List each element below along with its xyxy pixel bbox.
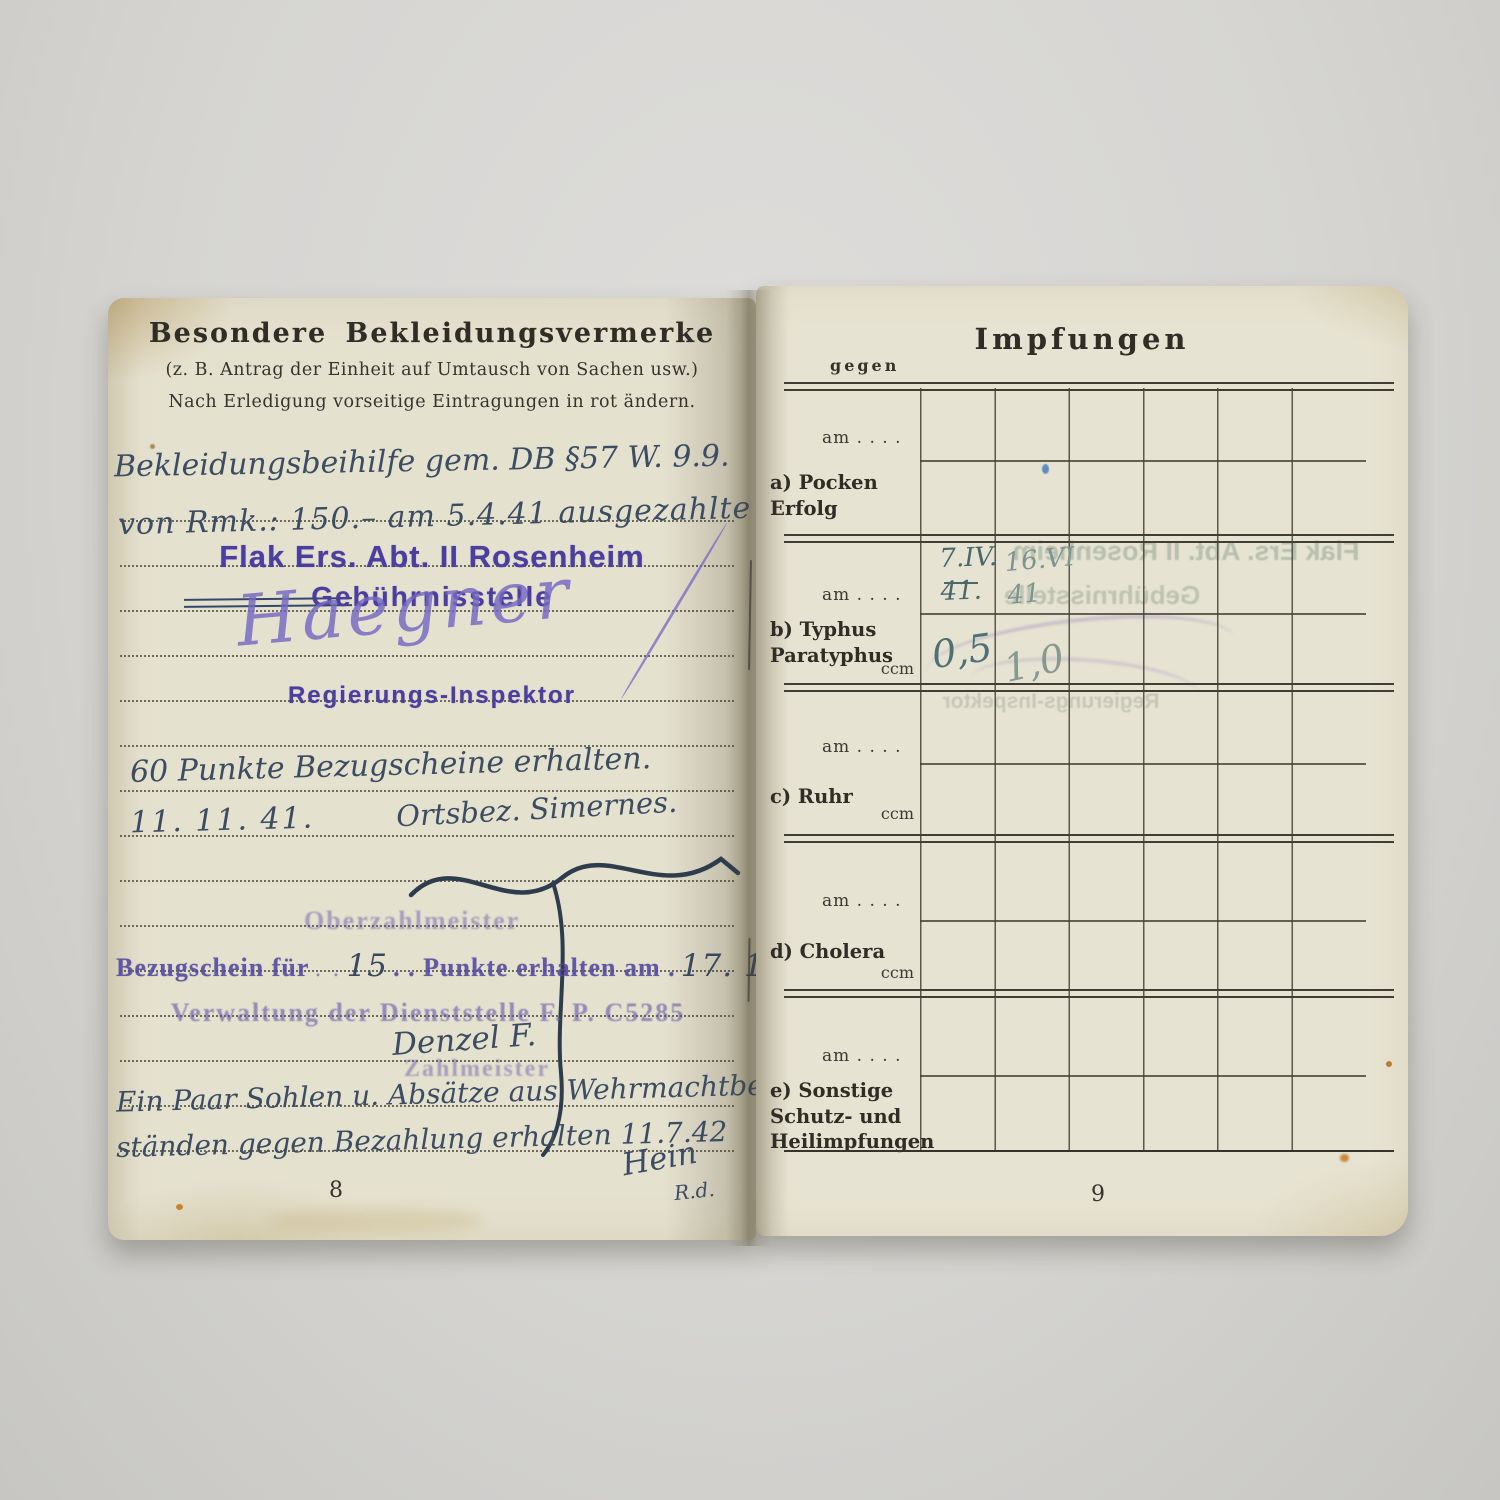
ccm-unit-label: ccm xyxy=(852,804,914,823)
handwritten-clothing-aid-line-2: von Rmk.: 150.– am 5.4.41 ausgezahlte xyxy=(118,491,752,543)
handwritten-points-date: 11. 11. 41. xyxy=(130,801,315,841)
typhus-date-underline xyxy=(944,582,978,584)
right-page: Impfungen gegen Flak Ers. Abt. II Rosenh… xyxy=(756,286,1408,1236)
am-date-label: am . . . . xyxy=(822,737,902,757)
foxing-spot xyxy=(176,1204,183,1210)
unit-stamp-rank: Regierungs-Inspektor xyxy=(108,682,756,710)
typhus-date-entry-1: 7.IV. 41. xyxy=(939,541,999,608)
section-label: e) Sonstige Schutz- und Heilimpfungen xyxy=(770,1078,934,1155)
foxing-spot xyxy=(1340,1154,1349,1162)
photograph-background: Besondere Bekleidungsvermerke (z. B. Ant… xyxy=(0,0,1500,1500)
vaccination-section-cholera: am . . . . d) Cholera ccm xyxy=(756,843,1408,998)
am-date-label: am . . . . xyxy=(822,428,902,448)
am-date-label: am . . . . xyxy=(822,1046,902,1066)
typhus-ccm-entry-1: 0,5 xyxy=(929,624,995,679)
left-page-title: Besondere Bekleidungsvermerke xyxy=(108,318,756,349)
am-date-label: am . . . . xyxy=(822,891,902,911)
section-double-rule xyxy=(784,834,1394,843)
section-label: d) Cholera xyxy=(770,939,885,965)
bezugschein-stamp-prefix: Bezugschein für xyxy=(116,953,309,982)
vaccination-section-sonstige: am . . . . e) Sonstige Schutz- und Heili… xyxy=(756,998,1408,1152)
hein-signature-initials: R.d. xyxy=(673,1177,716,1205)
section-double-rule xyxy=(784,989,1394,998)
foxing-spot xyxy=(1386,1061,1392,1067)
paper-stain xyxy=(268,1208,483,1234)
typhus-date-entry-2: 16.VI 41 xyxy=(1003,541,1079,612)
right-page-title: Impfungen xyxy=(756,322,1408,356)
vaccination-section-pocken: am . . . . a) Pocken Erfolg xyxy=(756,388,1408,543)
left-page-subtitle-1: (z. B. Antrag der Einheit auf Umtausch v… xyxy=(108,360,756,380)
dotted-rule-line xyxy=(120,655,734,657)
table-subline xyxy=(920,613,1366,615)
oberzahlmeister-stamp: Oberzahlmeister xyxy=(304,906,520,936)
vaccination-section-ruhr: am . . . . c) Ruhr ccm xyxy=(756,692,1408,843)
bezugschein-stamp-suffix: . . Punkte erhalten am . xyxy=(393,953,676,982)
right-page-number: 9 xyxy=(1076,1182,1120,1207)
vaccination-section-typhus: am . . . . b) Typhus Paratyphus ccm xyxy=(756,543,1408,692)
left-page: Besondere Bekleidungsvermerke (z. B. Ant… xyxy=(108,298,756,1240)
table-subline xyxy=(920,763,1366,765)
left-page-subtitle-2: Nach Erledigung vorseitige Eintragungen … xyxy=(108,392,756,412)
table-subline xyxy=(920,920,1366,922)
ccm-unit-label: ccm xyxy=(852,963,914,982)
bezugschein-stamp-row: Bezugschein für . . 15 . . Punkte erhalt… xyxy=(116,948,849,984)
gegen-column-label: gegen xyxy=(830,356,899,375)
handwritten-clothing-aid-line-1: Bekleidungsbeihilfe gem. DB §57 W. 9.9. xyxy=(114,439,730,485)
left-page-number: 8 xyxy=(314,1178,358,1203)
table-column-grid xyxy=(920,692,1366,843)
section-double-rule xyxy=(784,683,1394,692)
section-double-rule xyxy=(784,534,1394,543)
am-date-label: am . . . . xyxy=(822,585,902,605)
handwritten-points-value: 15 xyxy=(347,948,388,984)
dotted-leader: . . xyxy=(314,957,341,982)
table-subline xyxy=(920,460,1366,462)
table-subline xyxy=(920,1075,1366,1077)
table-column-grid xyxy=(920,388,1366,543)
handwritten-points-line: 60 Punkte Bezugscheine erhalten. xyxy=(130,741,652,790)
foxing-spot xyxy=(150,444,155,449)
section-label: a) Pocken Erfolg xyxy=(770,470,878,521)
ccm-unit-label: ccm xyxy=(852,659,914,678)
section-label: c) Ruhr xyxy=(770,784,853,810)
table-bottom-rule xyxy=(784,1150,1394,1152)
